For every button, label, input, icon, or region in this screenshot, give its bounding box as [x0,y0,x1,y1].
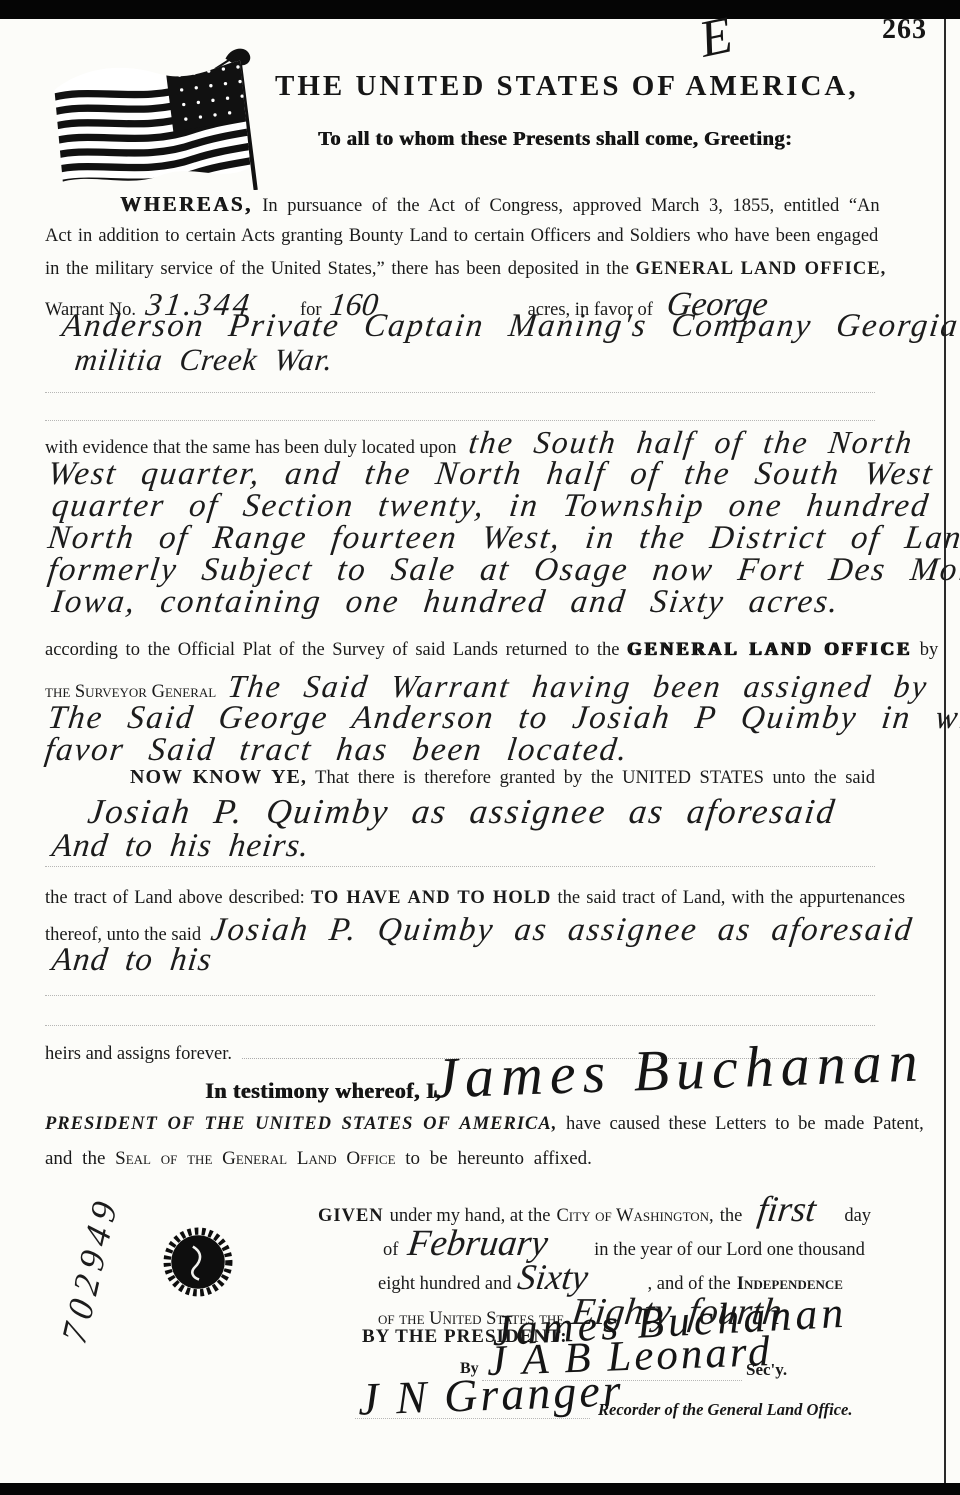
grant-hw-2: And to his heirs. [50,828,312,865]
recorder-signature: J N Granger [357,1363,624,1425]
to-have-and-to-hold-text: TO HAVE AND TO HOLD [311,888,552,908]
blank-rule [45,392,875,393]
whereas-line-1-text: In pursuance of the Act of Congress, app… [262,196,879,216]
plat-pre-text: according to the Official Plat of the Su… [45,640,620,660]
given-word: GIVEN [318,1206,384,1227]
grant-hw-1: Josiah P. Quimby as assignee as aforesai… [86,792,839,832]
general-land-office-stamp: GENERAL LAND OFFICE [627,640,912,660]
general-land-office-seal-icon [162,1226,234,1303]
habendum-pre-text: the tract of Land above described: [45,888,305,908]
seal-post-text: to be hereunto affixed. [405,1148,592,1169]
whereas-line-3: in the military service of the United St… [45,259,886,280]
document-title: THE UNITED STATES OF AMERICA, [275,70,835,103]
vertical-document-number: 702949 [45,1156,135,1383]
us-flag-icon [48,44,283,195]
blank-rule [45,420,875,421]
location-hw-6: Iowa, containing one hundred and Sixty a… [50,584,842,621]
grant-rest-text: That there is therefore granted by the U… [315,768,875,788]
greeting-line: To all to whom these Presents shall come… [275,128,835,151]
recorder-signature-line [355,1418,590,1419]
secretary-title: Sec'y. [746,1360,787,1380]
plat-post-text: by [920,640,939,660]
habendum-hw-3: And to his [50,942,214,979]
seal-of-glo-text: Seal of the General Land Office [115,1148,395,1169]
heirs-assigns-text: heirs and assigns forever. [45,1044,232,1065]
whereas-line-2: Act in addition to certain Acts granting… [45,226,878,247]
grant-line: NOW KNOW YE, That there is therefore gra… [130,766,875,789]
president-signature-large: James Buchanan [431,1027,926,1111]
habendum-post-text: the said tract of Land, with the appurte… [558,888,905,908]
blank-rule [45,866,875,867]
general-land-office-text: GENERAL LAND OFFICE, [636,259,887,279]
habendum-line-1: the tract of Land above described: TO HA… [45,888,905,909]
whereas-line-3-text: in the military service of the United St… [45,259,629,279]
warrantee-militia-line: militia Creek War. [73,342,336,378]
in-testimony-text: In testimony whereof, I, [205,1078,441,1104]
blank-rule [45,995,875,996]
letters-patent-text: have caused these Letters to be made Pat… [566,1114,924,1134]
document-page: E 263 [0,0,960,1495]
whereas-line-1: WHEREAS, In pursuance of the Act of Cong… [120,192,880,217]
now-know-ye-text: NOW KNOW YE, [130,766,307,788]
whereas-word: WHEREAS, [120,192,253,216]
scan-border-top [0,0,960,19]
plat-line-1: according to the Official Plat of the Su… [45,640,938,661]
blank-rule [45,1025,875,1026]
president-of-us-text: PRESIDENT OF THE UNITED STATES OF AMERIC… [45,1114,557,1134]
plat-hw-3: favor Said tract has been located. [43,732,631,769]
habendum-grantee-hw: Josiah P. Quimby as assignee as aforesai… [209,912,916,949]
warrantee-service-line: Anderson Private Captain Maning's Compan… [60,308,960,345]
scan-border-bottom [0,1483,960,1495]
president-line: PRESIDENT OF THE UNITED STATES OF AMERIC… [45,1114,924,1135]
page-number: 263 [882,14,927,46]
recorder-title: Recorder of the General Land Office. [598,1400,853,1420]
scan-edge-right [944,19,946,1483]
